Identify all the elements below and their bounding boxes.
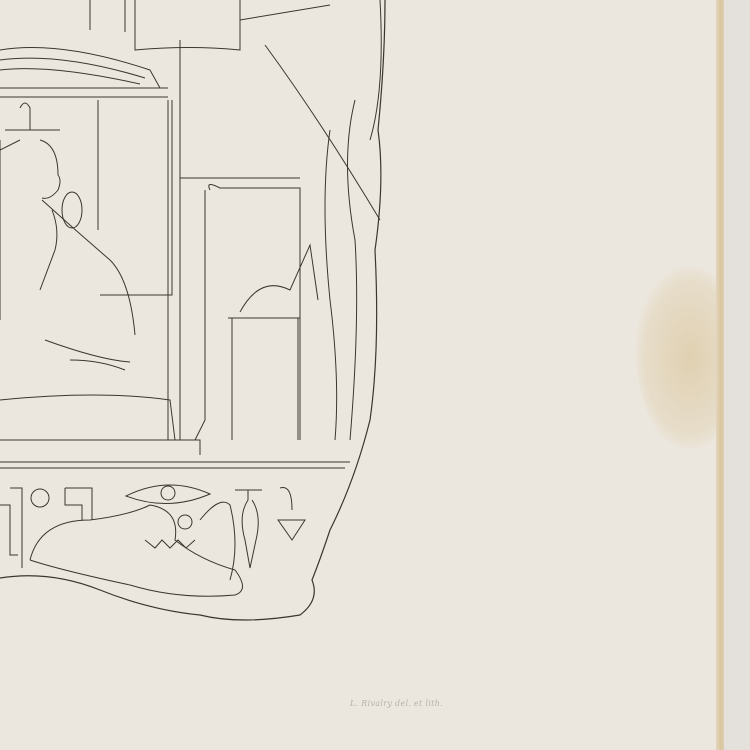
engraving-drawing xyxy=(0,0,750,750)
artist-signature: L. Rivalry del. et lith. xyxy=(350,699,443,708)
print-sheet: L. Rivalry del. et lith. xyxy=(0,0,750,750)
